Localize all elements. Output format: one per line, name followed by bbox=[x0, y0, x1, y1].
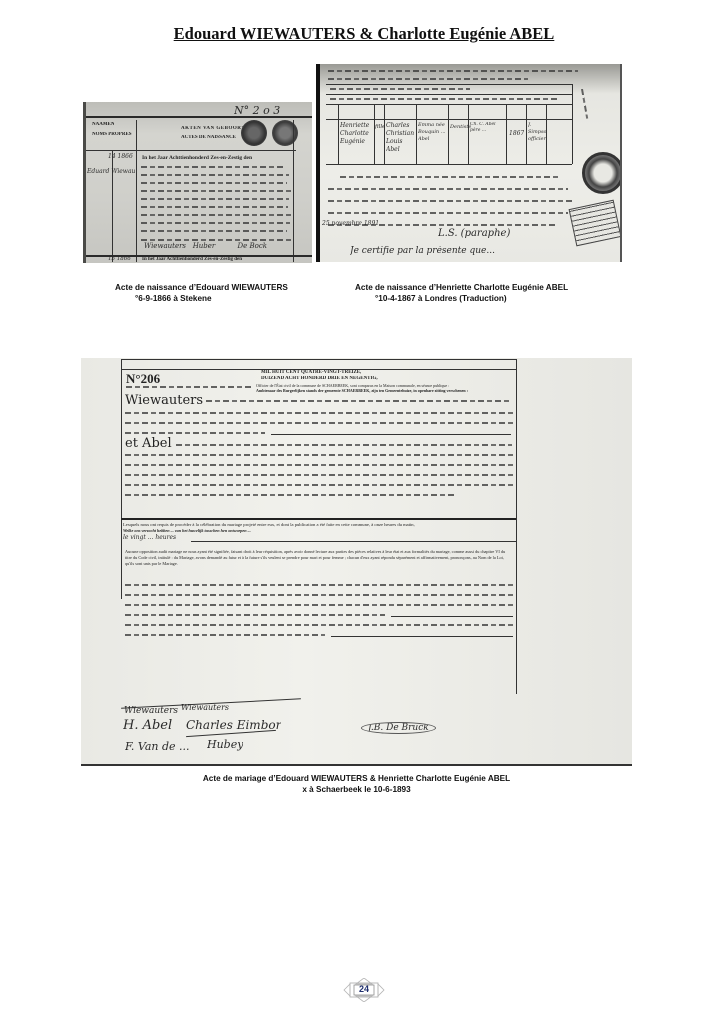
cell-profession: Dentiste bbox=[450, 124, 471, 130]
cell-informant: Ch. C. Abel père ... bbox=[470, 122, 506, 134]
signature-groom-father: Wiewauters bbox=[181, 703, 229, 712]
cell-sex: fille bbox=[375, 124, 385, 130]
cell-father: Charles Christian Louis Abel bbox=[386, 122, 416, 154]
caption-line-1: Acte de naissance d’Edouard WIEWAUTERS bbox=[115, 282, 288, 293]
caption-line-2: °6-9-1866 à Stekene bbox=[115, 293, 288, 304]
signature-bride: H. Abel bbox=[123, 718, 172, 733]
printed-mid-2: Welke ons verzocht hebben ... van het hu… bbox=[123, 528, 515, 533]
signature-groom: Wiewauters bbox=[124, 706, 178, 716]
signature-paraphe: L.S. (paraphe) bbox=[438, 228, 510, 239]
cell-first-names: Henriette Charlotte Eugénie bbox=[340, 122, 373, 146]
caption-line-2: x à Schaerbeek le 10-6-1893 bbox=[81, 784, 632, 795]
printed-header-2: DUIZEND ACHT HONDERD DRIE EN NEGENTIG, bbox=[261, 376, 378, 381]
registry-stamp-icon bbox=[582, 152, 622, 194]
birth-certificate-edouard-scan: N° 2 o 3 NAAMEN NOMS PROPRES AKTEN VAN G… bbox=[83, 102, 312, 263]
seal-stamp-icon bbox=[272, 120, 298, 146]
margin-number-2: 15 1866 bbox=[108, 256, 131, 262]
printed-header-1: MIL HUIT CENT QUATRE-VINGT-TREIZE, bbox=[261, 370, 361, 375]
signature-officer: J.B. De Bruck bbox=[361, 722, 436, 734]
printed-body: Aucune opposition audit mariage ne nous … bbox=[125, 549, 513, 568]
seal-stamp-icon bbox=[241, 120, 267, 146]
rectangular-stamp-icon bbox=[569, 200, 622, 247]
signature: Wiewauters Huber De Bock bbox=[144, 242, 267, 250]
caption-birth-henriette: Acte de naissance d’Henriette Charlotte … bbox=[355, 282, 568, 304]
act-number: N°206 bbox=[126, 371, 160, 387]
cell-registration-date: 1867 bbox=[509, 130, 524, 137]
printed-line-bottom: In het Jaar Achttienhonderd Zes-en-Zesti… bbox=[142, 257, 242, 262]
groom-name: Wiewauters bbox=[125, 393, 203, 408]
bride-name: et Abel bbox=[125, 436, 172, 451]
caption-line-2: °10-4-1867 à Londres (Traduction) bbox=[355, 293, 568, 304]
page-number-label: 24 bbox=[342, 984, 386, 994]
marriage-certificate-scan: N°206 MIL HUIT CENT QUATRE-VINGT-TREIZE,… bbox=[81, 358, 632, 766]
cell-registrar: J. Simpson officier bbox=[528, 122, 546, 143]
header-left-2: NOMS PROPRES bbox=[92, 132, 132, 137]
printed-mid-1: Lesquels nous ont requis de procéder à l… bbox=[123, 522, 515, 527]
certification-footer: Je certifie par la présente que... bbox=[350, 246, 495, 256]
time-handwritten: le vingt ... heures bbox=[123, 534, 176, 541]
header-left: NAAMEN bbox=[92, 122, 115, 127]
caption-line-1: Acte de mariage d’Edouard WIEWAUTERS & H… bbox=[81, 773, 632, 784]
header-center-2: ACTES DE NAISSANCE bbox=[181, 135, 236, 140]
birth-certificate-henriette-scan: Henriette Charlotte Eugénie fille Charle… bbox=[316, 64, 622, 262]
printed-line: In het Jaar Achttienhonderd Zes-en-Zesti… bbox=[142, 155, 292, 161]
signature-witness-3: Hubey bbox=[207, 738, 243, 751]
printed-header-4: Ambtenaar des Burgerlijken stands der ge… bbox=[256, 388, 514, 393]
certification-date: 25 novembre 1891 bbox=[322, 220, 379, 227]
margin-name: Eduard Wiewauters bbox=[87, 168, 135, 175]
signature-witness-2: F. Van de ... bbox=[125, 740, 190, 753]
caption-birth-edouard: Acte de naissance d’Edouard WIEWAUTERS °… bbox=[115, 282, 288, 304]
caption-line-1: Acte de naissance d’Henriette Charlotte … bbox=[355, 282, 568, 293]
page-number: 24 bbox=[342, 978, 386, 1002]
cell-mother: Emma née Bouquin ... Abel bbox=[418, 122, 448, 143]
margin-number: 14 1866 bbox=[108, 153, 133, 160]
page-title: Edouard WIEWAUTERS & Charlotte Eugénie A… bbox=[0, 24, 728, 44]
caption-marriage: Acte de mariage d’Edouard WIEWAUTERS & H… bbox=[81, 773, 632, 795]
